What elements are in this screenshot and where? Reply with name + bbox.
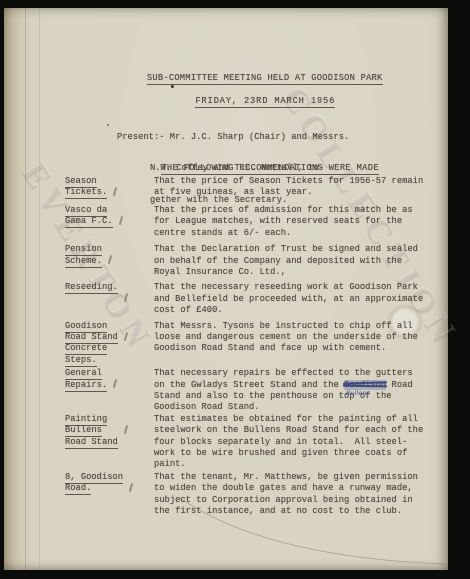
recommendation-item: PaintingBullensRoad Stand That estimates…: [65, 414, 425, 470]
ink-speck: [107, 124, 109, 126]
item-body-line: loose and dangerous cement on the unders…: [154, 332, 425, 343]
item-heading: GeneralRepairs.: [65, 368, 154, 413]
date-line: FRIDAY, 23RD MARCH 1956: [195, 96, 335, 108]
item-heading: Vasco daGama F.C.: [65, 205, 154, 239]
item-heading-line: Steps.: [65, 355, 154, 366]
item-body-line: on the Gwladys Street Stand and the Good…: [154, 380, 425, 391]
item-body: That the Declaration of Trust be signed …: [154, 244, 425, 278]
recommendation-item: SeasonTickets. That the price of Season …: [65, 176, 425, 199]
recommendation-item: GeneralRepairs. That necessary repairs b…: [65, 368, 425, 413]
recommendation-item: Reseeding. That the necessary reseeding …: [65, 282, 425, 316]
item-body-line: Royal Insurance Co. Ltd.,: [154, 267, 425, 278]
item-body-line: for League matches, with reserved seats …: [154, 216, 425, 227]
item-heading-line: Gama F.C.: [65, 216, 154, 227]
item-heading: GoodisonRoad StandConcreteSteps.: [65, 321, 154, 366]
item-body-line: That estimates be obtained for the paint…: [154, 414, 425, 425]
item-heading-line: Tickets.: [65, 187, 154, 198]
item-body: That the necessary reseeding work at Goo…: [154, 282, 425, 316]
item-heading-line: Season: [65, 176, 154, 187]
struck-text: GoodisonBullens: [344, 380, 386, 390]
item-heading-line: Concrete: [65, 343, 154, 354]
item-body-line: steelwork on the Bullens Road Stand for …: [154, 425, 425, 436]
item-heading-line: Road Stand: [65, 332, 154, 343]
item-body-line: cost of £400.: [154, 305, 425, 316]
item-heading-line: Road Stand: [65, 437, 154, 448]
item-heading-line: Reseeding.: [65, 282, 154, 293]
item-body-line: That Messrs. Tysons be instructed to chi…: [154, 321, 425, 332]
item-heading-line: Painting: [65, 414, 154, 425]
item-body-line: work to be wire brushed and given three …: [154, 448, 425, 459]
recommendation-item: 8, GoodisonRoad. That the tenant, Mr. Ma…: [65, 472, 425, 517]
binding-edge: [25, 8, 40, 570]
item-body: That the tenant, Mr. Matthews, be given …: [154, 472, 425, 517]
item-heading: PaintingBullensRoad Stand: [65, 414, 154, 470]
item-body-line: the first instance, and at no cost to th…: [154, 506, 425, 517]
recommendations-heading: THE FOLLOWING RECOMMENDATIONS WERE MADE: [161, 163, 379, 175]
item-body: That the prices of admission for this ma…: [154, 205, 425, 239]
item-body-line: That the Declaration of Trust be signed …: [154, 244, 425, 255]
item-body-line: and Bellefield be proceeded with, at an …: [154, 294, 425, 305]
item-body-line: That the necessary reseeding work at Goo…: [154, 282, 425, 293]
item-body: That the price of Season Tickets for 195…: [154, 176, 425, 199]
item-heading: 8, GoodisonRoad.: [65, 472, 154, 517]
item-body-line: Stand and also to the penthouse on top o…: [154, 391, 425, 402]
item-body-line: That the tenant, Mr. Matthews, be given …: [154, 472, 425, 483]
item-heading-line: Bullens: [65, 425, 154, 436]
item-heading-line: Repairs.: [65, 380, 154, 391]
item-body: That Messrs. Tysons be instructed to chi…: [154, 321, 425, 366]
recommendation-item: PensionScheme. That the Declaration of T…: [65, 244, 425, 278]
recommendations-list: SeasonTickets. That the price of Season …: [65, 176, 425, 517]
item-heading-line: General: [65, 368, 154, 379]
recommendation-item: Vasco daGama F.C. That the prices of adm…: [65, 205, 425, 239]
item-body-line: paint.: [154, 459, 425, 470]
item-body: That necessary repairs be effected to th…: [154, 368, 425, 413]
pen-tick-icon: [124, 293, 128, 302]
present-line: Present:- Mr. J.C. Sharp (Chair) and Mes…: [117, 132, 349, 143]
item-body-line: at five guineas, as last year.: [154, 187, 425, 198]
item-body-line: on behalf of the Company and deposited w…: [154, 256, 425, 267]
recommendation-item: GoodisonRoad StandConcreteSteps. That Me…: [65, 321, 425, 366]
item-heading-line: 8, Goodison: [65, 472, 154, 483]
scanned-document-photo: { "page": { "title": "SUB-COMMITTEE MEET…: [0, 0, 470, 579]
item-body: That estimates be obtained for the paint…: [154, 414, 425, 470]
item-body-line: four blocks separately and in total. All…: [154, 437, 425, 448]
page-title: SUB-COMMITTEE MEETING HELD AT GOODISON P…: [147, 73, 383, 85]
item-heading: Reseeding.: [65, 282, 154, 316]
item-body-line: to widen the double gates and have a run…: [154, 483, 425, 494]
item-body-line: subject to Corporation approval being ob…: [154, 495, 425, 506]
item-heading-line: Road.: [65, 483, 154, 494]
item-heading: PensionScheme.: [65, 244, 154, 278]
handwritten-annotation: Bullens: [346, 388, 370, 399]
item-body-line: Goodison Road Stand.: [154, 402, 425, 413]
item-heading-line: Vasco da: [65, 205, 154, 216]
item-body-line: That the prices of admission for this ma…: [154, 205, 425, 216]
item-heading-line: Goodison: [65, 321, 154, 332]
item-heading: SeasonTickets.: [65, 176, 154, 199]
item-body-line: That the price of Season Tickets for 195…: [154, 176, 425, 187]
document-page: EVERTON COLLECTION SUB-COMMITTEE MEETING…: [4, 8, 448, 570]
item-body-line: That necessary repairs be effected to th…: [154, 368, 425, 379]
item-body-line: Goodison Road Stand and face up with cem…: [154, 343, 425, 354]
item-body-line: centre stands at 6/- each.: [154, 228, 425, 239]
